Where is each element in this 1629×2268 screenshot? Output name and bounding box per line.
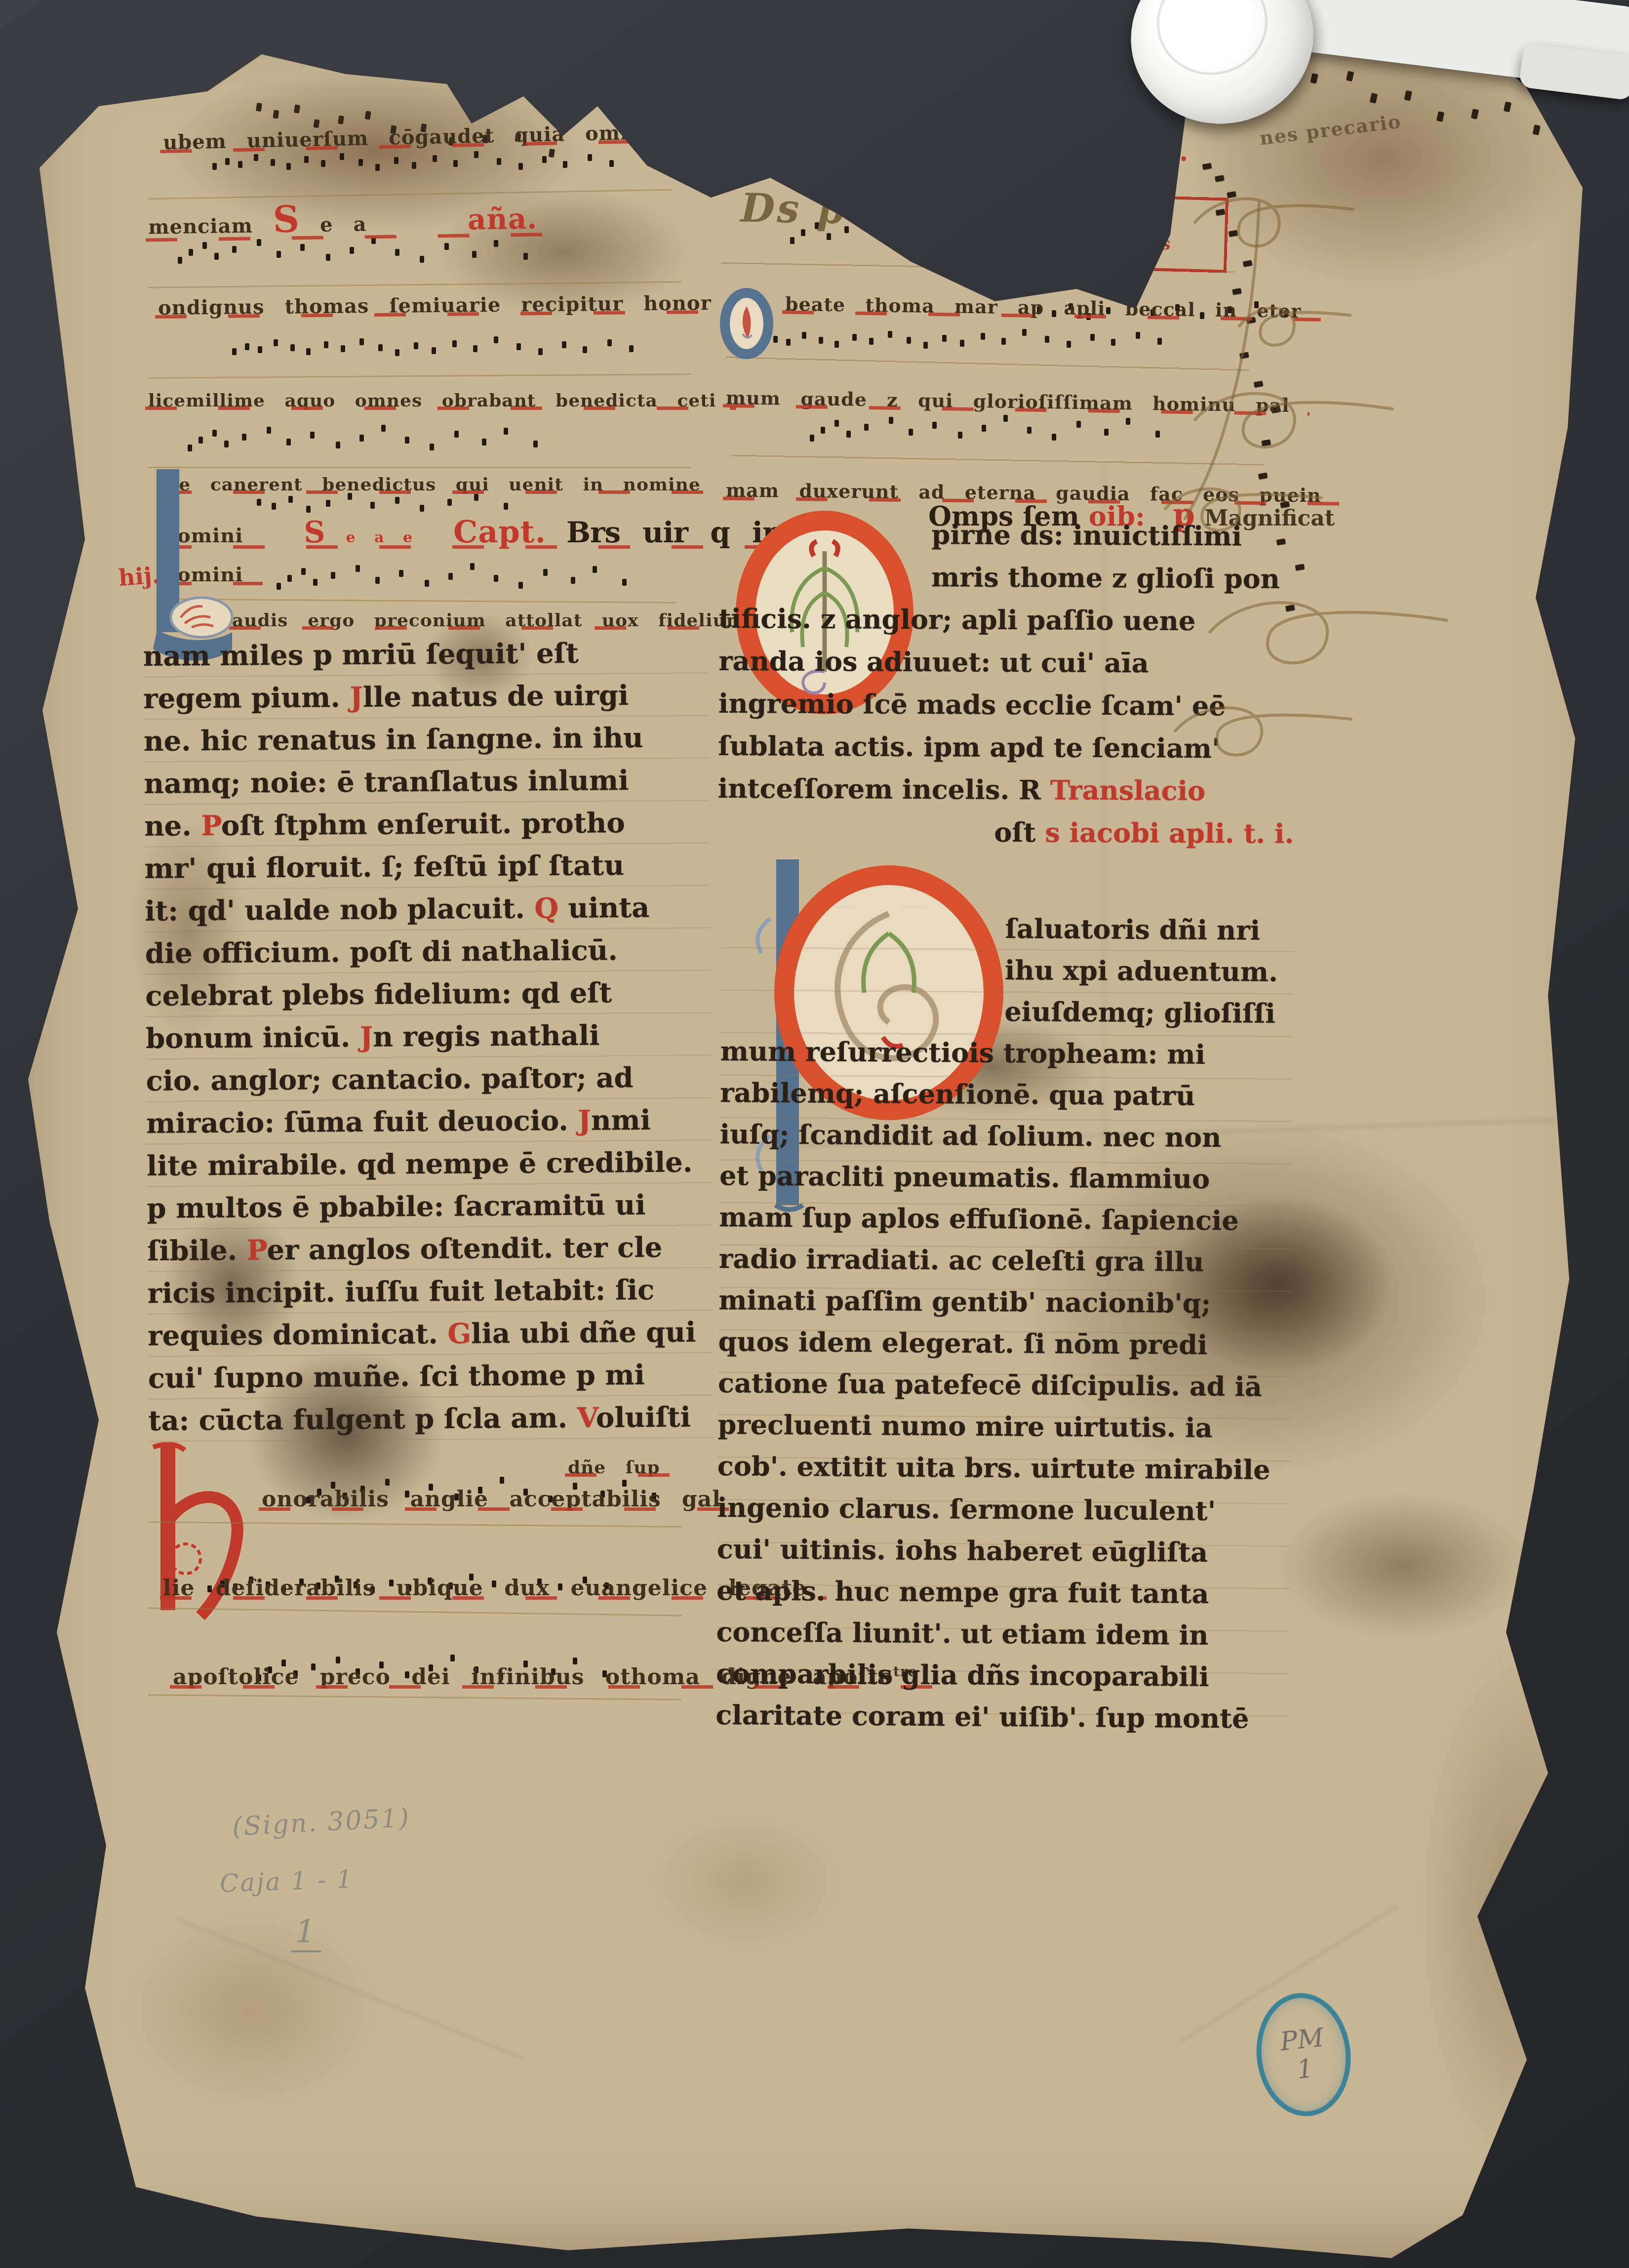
- added-cue-text: apllo luerint ora pro aīa: [799, 144, 1052, 175]
- neume-notation: [810, 435, 814, 442]
- manuscript-text-line: cui' ſupno muñe. ſci thome p mi: [148, 1353, 714, 1400]
- manuscript-text-line: minati paſſim gentib' nacionib'q;: [718, 1279, 1292, 1325]
- manuscript-text-line: die officium. poſt di nathalicū.: [145, 929, 711, 975]
- stain: [1274, 1492, 1531, 1640]
- stamp-pencil-number: 1: [1296, 2054, 1315, 2085]
- music-staff-line: [148, 281, 681, 288]
- pencil-folio-number: 1: [291, 1914, 321, 1952]
- rubric-folio-mark: Oio.: [1130, 134, 1189, 167]
- manuscript-text-line: cio. anglor; cantacio. paſtor; ad: [146, 1056, 712, 1102]
- manuscript-text-line: namq; noie: ē tranſlatus inlumi: [144, 759, 710, 805]
- manuscript-text-line: eiuſdemq; glioſiſſi: [720, 989, 1294, 1034]
- manuscript-text-line: ricis incipit. iuſſu fuit letabit: ſic: [147, 1268, 713, 1315]
- chant-line: dñe ſup: [568, 1457, 660, 1478]
- manuscript-text-line: lite mirabile. qd nempe ē credibile.: [147, 1141, 713, 1187]
- neume-notation: [232, 348, 237, 355]
- ink-speckles: [256, 103, 262, 112]
- added-cue-text: Dñs dns: [988, 148, 1085, 173]
- pencil-signature-note: (Sign. 3051): [232, 1803, 411, 1842]
- manuscript-text-line: ta: cūcta fulgent p ſcla am. Voluiſti: [148, 1396, 714, 1442]
- manuscript-text-line: conceſſa liunit'. ut etiam idem in: [716, 1611, 1289, 1657]
- photo-scene: nes precario ubem uniuerſum cōgaudet qui…: [0, 0, 1629, 2268]
- manuscript-text-line: claritate coram ei' uiſib'. ſup montē: [715, 1694, 1289, 1740]
- stain: [1412, 1640, 1620, 2183]
- pen-trial-flourishes: [1136, 163, 1511, 805]
- hymn-line: onorabilis anglie acceptabilis gal: [262, 1487, 721, 1512]
- manuscript-text-line: ne. hic renatus in ſangne. in ihu: [144, 716, 710, 763]
- manuscript-text-line: oſt s iacobi apli. t. i.: [717, 810, 1290, 855]
- manuscript-text-line: catione ſua patefecē diſcipulis. ad iā: [718, 1362, 1291, 1408]
- manuscript-text-line: et apls. huc nempe gra fuit tanta: [716, 1570, 1290, 1615]
- manuscript-text-line: et paracliti pneumatis. flammiuo: [719, 1155, 1293, 1200]
- stain: [642, 1808, 849, 1956]
- manuscript-text-line: quos idem elegerat. ſi nōm predi: [718, 1321, 1291, 1366]
- neume-notation: [257, 499, 261, 506]
- stamp-pencil-letters: PM: [1279, 2023, 1325, 2057]
- manuscript-text-line: ingenio clarus. ſermone luculent': [717, 1487, 1290, 1532]
- manuscript-text-line: ne. Poſt ſtphm enſeruit. protho: [144, 801, 710, 848]
- manuscript-text-line: mam ſup aplos effuſionē. ſapiencie: [719, 1196, 1292, 1242]
- chant-line: ondignus thomas ſemiuarie recipitur hono…: [158, 291, 712, 320]
- chant-line: menciam S e a aña.: [148, 195, 538, 243]
- music-staff-line: [148, 467, 691, 468]
- stain: [119, 1906, 385, 2114]
- rubric-capitulum: Capt.: [453, 514, 546, 550]
- manuscript-text-line: radio irradiati. ac celeſti gra illu: [719, 1238, 1292, 1283]
- manuscript-text-line: cui' uitinis. iohs haberet eūgliſta: [716, 1528, 1290, 1574]
- manuscript-text-line: nam miles p mriū ſequit' eſt: [143, 631, 709, 678]
- neume-notation: [790, 237, 795, 244]
- manuscript-text-line: requies dominicat. Glia ubi dñe qui: [148, 1311, 714, 1357]
- manuscript-text-line: p multos ē pbabile: ſacramitū ui: [147, 1183, 713, 1230]
- manuscript-text-line: regem pium. Jlle natus de uirgi: [143, 674, 709, 720]
- hymn-line: lie deſiderabilis ubique dux euangelice …: [163, 1576, 807, 1601]
- manuscript-text-line: mum reſurrectiois tropheam: mi: [720, 1030, 1294, 1076]
- manuscript-text-line: ſibile. Per anglos oſtendit. ter cle: [147, 1226, 713, 1272]
- chant-line: ite canerent benedictus qui uenit in nom…: [163, 474, 701, 495]
- manuscript-text-line: ſaluatoris dñi nri: [721, 906, 1294, 951]
- chant-capitulum-line: domini S e a e Capt. Brs uir q inſa: [163, 514, 813, 550]
- manuscript-text-line: ihu xpi aduentum.: [721, 947, 1294, 993]
- manuscript-text-line: comparbilis glia dñs incoparabili: [716, 1653, 1289, 1698]
- manuscript-text-line: bonum inicū. Jn regis nathali: [146, 1013, 712, 1060]
- cursive-heading: Ds p eur' eclia.: [740, 185, 1103, 238]
- manuscript-text-line: celebrat plebs fidelium: qd eſt: [145, 971, 711, 1017]
- rubric-initial: S: [273, 198, 300, 241]
- archive-stamp: PM 1: [1250, 1988, 1356, 2121]
- right-text-column-2: ſaluatoris dñi nri ihu xpi aduentum. eiu…: [715, 906, 1294, 1740]
- neume-notation: [212, 163, 217, 170]
- chant-line: licemillime aquo omnes obrabant benedict…: [148, 390, 716, 411]
- chant-line: ubem uniuerſum cōgaudet quia omni: [163, 121, 643, 154]
- rubric-feast: s iacobi apli. t. i.: [1045, 816, 1294, 850]
- left-text-column: nam miles p mriū ſequit' eſt regem pium.…: [143, 631, 714, 1442]
- crease-fold: [176, 1915, 525, 2059]
- chant-line: audis ergo preconium attollat uox fideli…: [232, 610, 746, 631]
- neume-notation: [178, 257, 182, 264]
- manuscript-text-line: cob'. extitit uita brs. uirtute mirabile: [717, 1445, 1291, 1491]
- music-staff-line: [148, 373, 691, 379]
- music-staff-line: [148, 1694, 681, 1700]
- manuscript-text-line: rabilemq; aſcenſionē. qua patrū: [720, 1072, 1293, 1117]
- neume-notation: [277, 583, 281, 590]
- pencil-caja-note: Caja 1 - 1: [219, 1864, 354, 1898]
- manuscript-parchment: nes precario ubem uniuerſum cōgaudet qui…: [0, 0, 1629, 2268]
- fragment-faint-text: nes precario: [1258, 110, 1402, 150]
- manuscript-text-line: precluenti numo mire uirtutis. ia: [717, 1404, 1291, 1449]
- neume-notation: [188, 445, 192, 451]
- manuscript-text-line: mr' qui floruit. ſ; feſtū ipſ ſtatu: [144, 844, 710, 890]
- manuscript-text-line: miracio: ſūma fuit deuocio. Jnmi: [146, 1098, 712, 1145]
- illuminated-initial-o-blue: [717, 286, 776, 361]
- manuscript-text-line: iuſq; ſcandidit ad ſolium. nec non: [719, 1113, 1293, 1159]
- manuscript-text-line: it: qd' ualde nob placuit. Q uinta: [145, 886, 711, 932]
